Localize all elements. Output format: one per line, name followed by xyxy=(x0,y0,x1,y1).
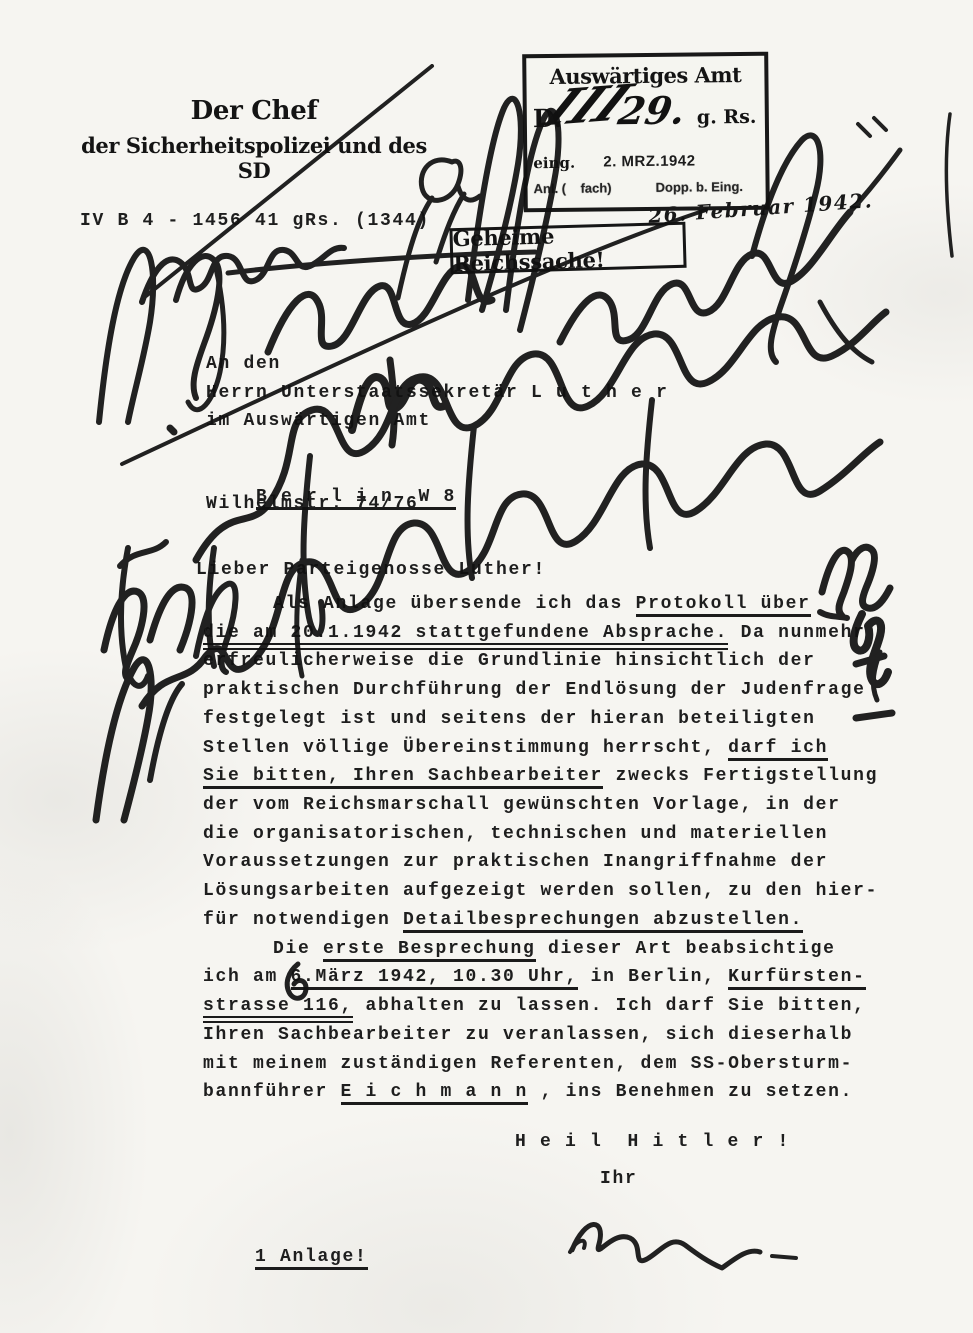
body-text-segment: Kurfürsten- xyxy=(728,967,866,990)
body-line: Voraussetzungen zur praktischen Inangrif… xyxy=(203,851,878,880)
receipt-stamp-duplicate-label: Dopp. b. Eing. xyxy=(656,179,744,195)
body-text-segment: E i c h m a n n xyxy=(341,1082,529,1105)
enclosure-note-text: 1 Anlage! xyxy=(255,1247,368,1270)
body-text-segment: für notwendigen xyxy=(203,910,403,930)
body-text-segment: der vom Reichsmarschall gewünschten Vorl… xyxy=(203,795,841,815)
file-reference: IV B 4 - 1456 41 gRs. (1344) xyxy=(80,210,430,232)
body-text-segment: Voraussetzungen zur praktischen Inangrif… xyxy=(203,852,828,872)
letterhead-line1: Der Chef xyxy=(70,96,438,126)
address-street: Wilhelmstr. 74/76 xyxy=(206,493,419,515)
address-block: An denHerrn Unterstaatssekretär L u t h … xyxy=(206,353,669,439)
body-line: strasse 116, abhalten zu lassen. Ich dar… xyxy=(203,995,878,1024)
body-line: die organisatorischen, technischen und m… xyxy=(203,823,878,852)
letter-body: Als Anlage übersende ich das Protokoll ü… xyxy=(203,593,878,1110)
address-line: im Auswärtigen Amt xyxy=(206,410,669,439)
body-line: ich am 6.März 1942, 10.30 Uhr, in Berlin… xyxy=(203,966,878,995)
body-text-segment: festgelegt ist und seitens der hieran be… xyxy=(203,709,816,729)
body-line: der vom Reichsmarschall gewünschten Vorl… xyxy=(203,794,878,823)
body-text-segment: abhalten zu lassen. Ich darf Sie bitten, xyxy=(353,996,866,1016)
body-text-segment: 6.März 1942, 10.30 Uhr, xyxy=(291,967,579,990)
body-text-segment: Als Anlage übersende ich das xyxy=(273,594,636,614)
body-line: Lösungsarbeiten aufgezeigt werden sollen… xyxy=(203,880,878,909)
body-text-segment: erfreulicherweise die Grundlinie hinsich… xyxy=(203,651,816,671)
body-line: Ihren Sachbearbeiter zu veranlassen, sic… xyxy=(203,1024,878,1053)
enclosure-note: 1 Anlage! xyxy=(205,1224,368,1290)
body-text-segment: Detailbesprechungen abzustellen. xyxy=(403,910,803,933)
body-line: für notwendigen Detailbesprechungen abzu… xyxy=(203,909,878,938)
body-text-segment: strasse 116, xyxy=(203,996,353,1023)
body-text-segment: mit meinem zuständigen Referenten, dem S… xyxy=(203,1054,853,1074)
body-line: Sie bitten, Ihren Sachbearbeiter zwecks … xyxy=(203,765,878,794)
body-text-segment: Protokoll über xyxy=(636,594,811,617)
receipt-stamp-enclosures-label: Anl. ( fach) xyxy=(534,180,612,196)
receipt-stamp-classification: g. Rs. xyxy=(697,106,757,129)
body-text-segment: Die xyxy=(273,939,323,959)
body-line: erfreulicherweise die Grundlinie hinsich… xyxy=(203,650,878,679)
body-text-segment: zwecks Fertigstellung xyxy=(603,766,878,786)
receipt-stamp-number-handwritten: 29. xyxy=(615,91,688,132)
body-text-segment: erste Besprechung xyxy=(323,939,536,962)
address-line: An den xyxy=(206,353,669,382)
salutation: Lieber Parteigenosse Luther! xyxy=(196,559,546,581)
receipt-stamp-office: Auswärtiges Amt xyxy=(526,62,764,89)
receipt-stamp-date: 2. MRZ.1942 xyxy=(603,152,695,170)
body-line: mit meinem zuständigen Referenten, dem S… xyxy=(203,1053,878,1082)
body-text-segment: Lösungsarbeiten aufgezeigt werden sollen… xyxy=(203,881,878,901)
body-line: Stellen völlige Übereinstimmung herrscht… xyxy=(203,737,878,766)
body-text-segment: dieser Art beabsichtige xyxy=(536,939,836,959)
closing-ihr: Ihr xyxy=(600,1168,638,1190)
body-text-segment: , ins Benehmen zu setzen. xyxy=(528,1082,853,1102)
closing-heil: H e i l H i t l e r ! xyxy=(515,1131,790,1153)
receipt-stamp: Auswärtiges Amt D. III 29. g. Rs. eing. … xyxy=(522,52,770,213)
body-text-segment: Stellen völlige Übereinstimmung herrscht… xyxy=(203,738,728,758)
body-text-segment: ich am xyxy=(203,967,291,987)
secrecy-stamp: Geheime Reichssache! xyxy=(449,222,686,275)
receipt-stamp-received-label: eing. xyxy=(533,154,575,172)
body-text-segment: Da nunmehr xyxy=(728,623,866,643)
body-line: praktischen Durchführung der Endlösung d… xyxy=(203,679,878,708)
letterhead: Der Chef der Sicherheitspolizei und des … xyxy=(70,96,438,183)
body-text-segment: die organisatorischen, technischen und m… xyxy=(203,824,828,844)
body-text-segment: praktischen Durchführung der Endlösung d… xyxy=(203,680,866,700)
body-text-segment: bannführer xyxy=(203,1082,341,1102)
signature-handwriting xyxy=(570,1224,796,1268)
body-line: Als Anlage übersende ich das Protokoll ü… xyxy=(203,593,878,622)
body-text-segment: darf ich xyxy=(728,738,828,761)
body-text-segment: in Berlin, xyxy=(578,967,728,987)
scanned-letter-page: Der Chef der Sicherheitspolizei und des … xyxy=(0,0,973,1333)
address-line: Herrn Unterstaatssekretär L u t h e r xyxy=(206,382,669,411)
body-line: Die erste Besprechung dieser Art beabsic… xyxy=(203,938,878,967)
body-text-segment: Ihren Sachbearbeiter zu veranlassen, sic… xyxy=(203,1025,853,1045)
body-text-segment: die am 20.1.1942 stattgefundene Absprach… xyxy=(203,623,728,650)
body-text-segment: Sie bitten, Ihren Sachbearbeiter xyxy=(203,766,603,789)
body-line: die am 20.1.1942 stattgefundene Absprach… xyxy=(203,622,878,651)
letterhead-line2: der Sicherheitspolizei und des SD xyxy=(70,133,438,183)
body-line: festgelegt ist und seitens der hieran be… xyxy=(203,708,878,737)
body-line: bannführer E i c h m a n n , ins Benehme… xyxy=(203,1081,878,1110)
